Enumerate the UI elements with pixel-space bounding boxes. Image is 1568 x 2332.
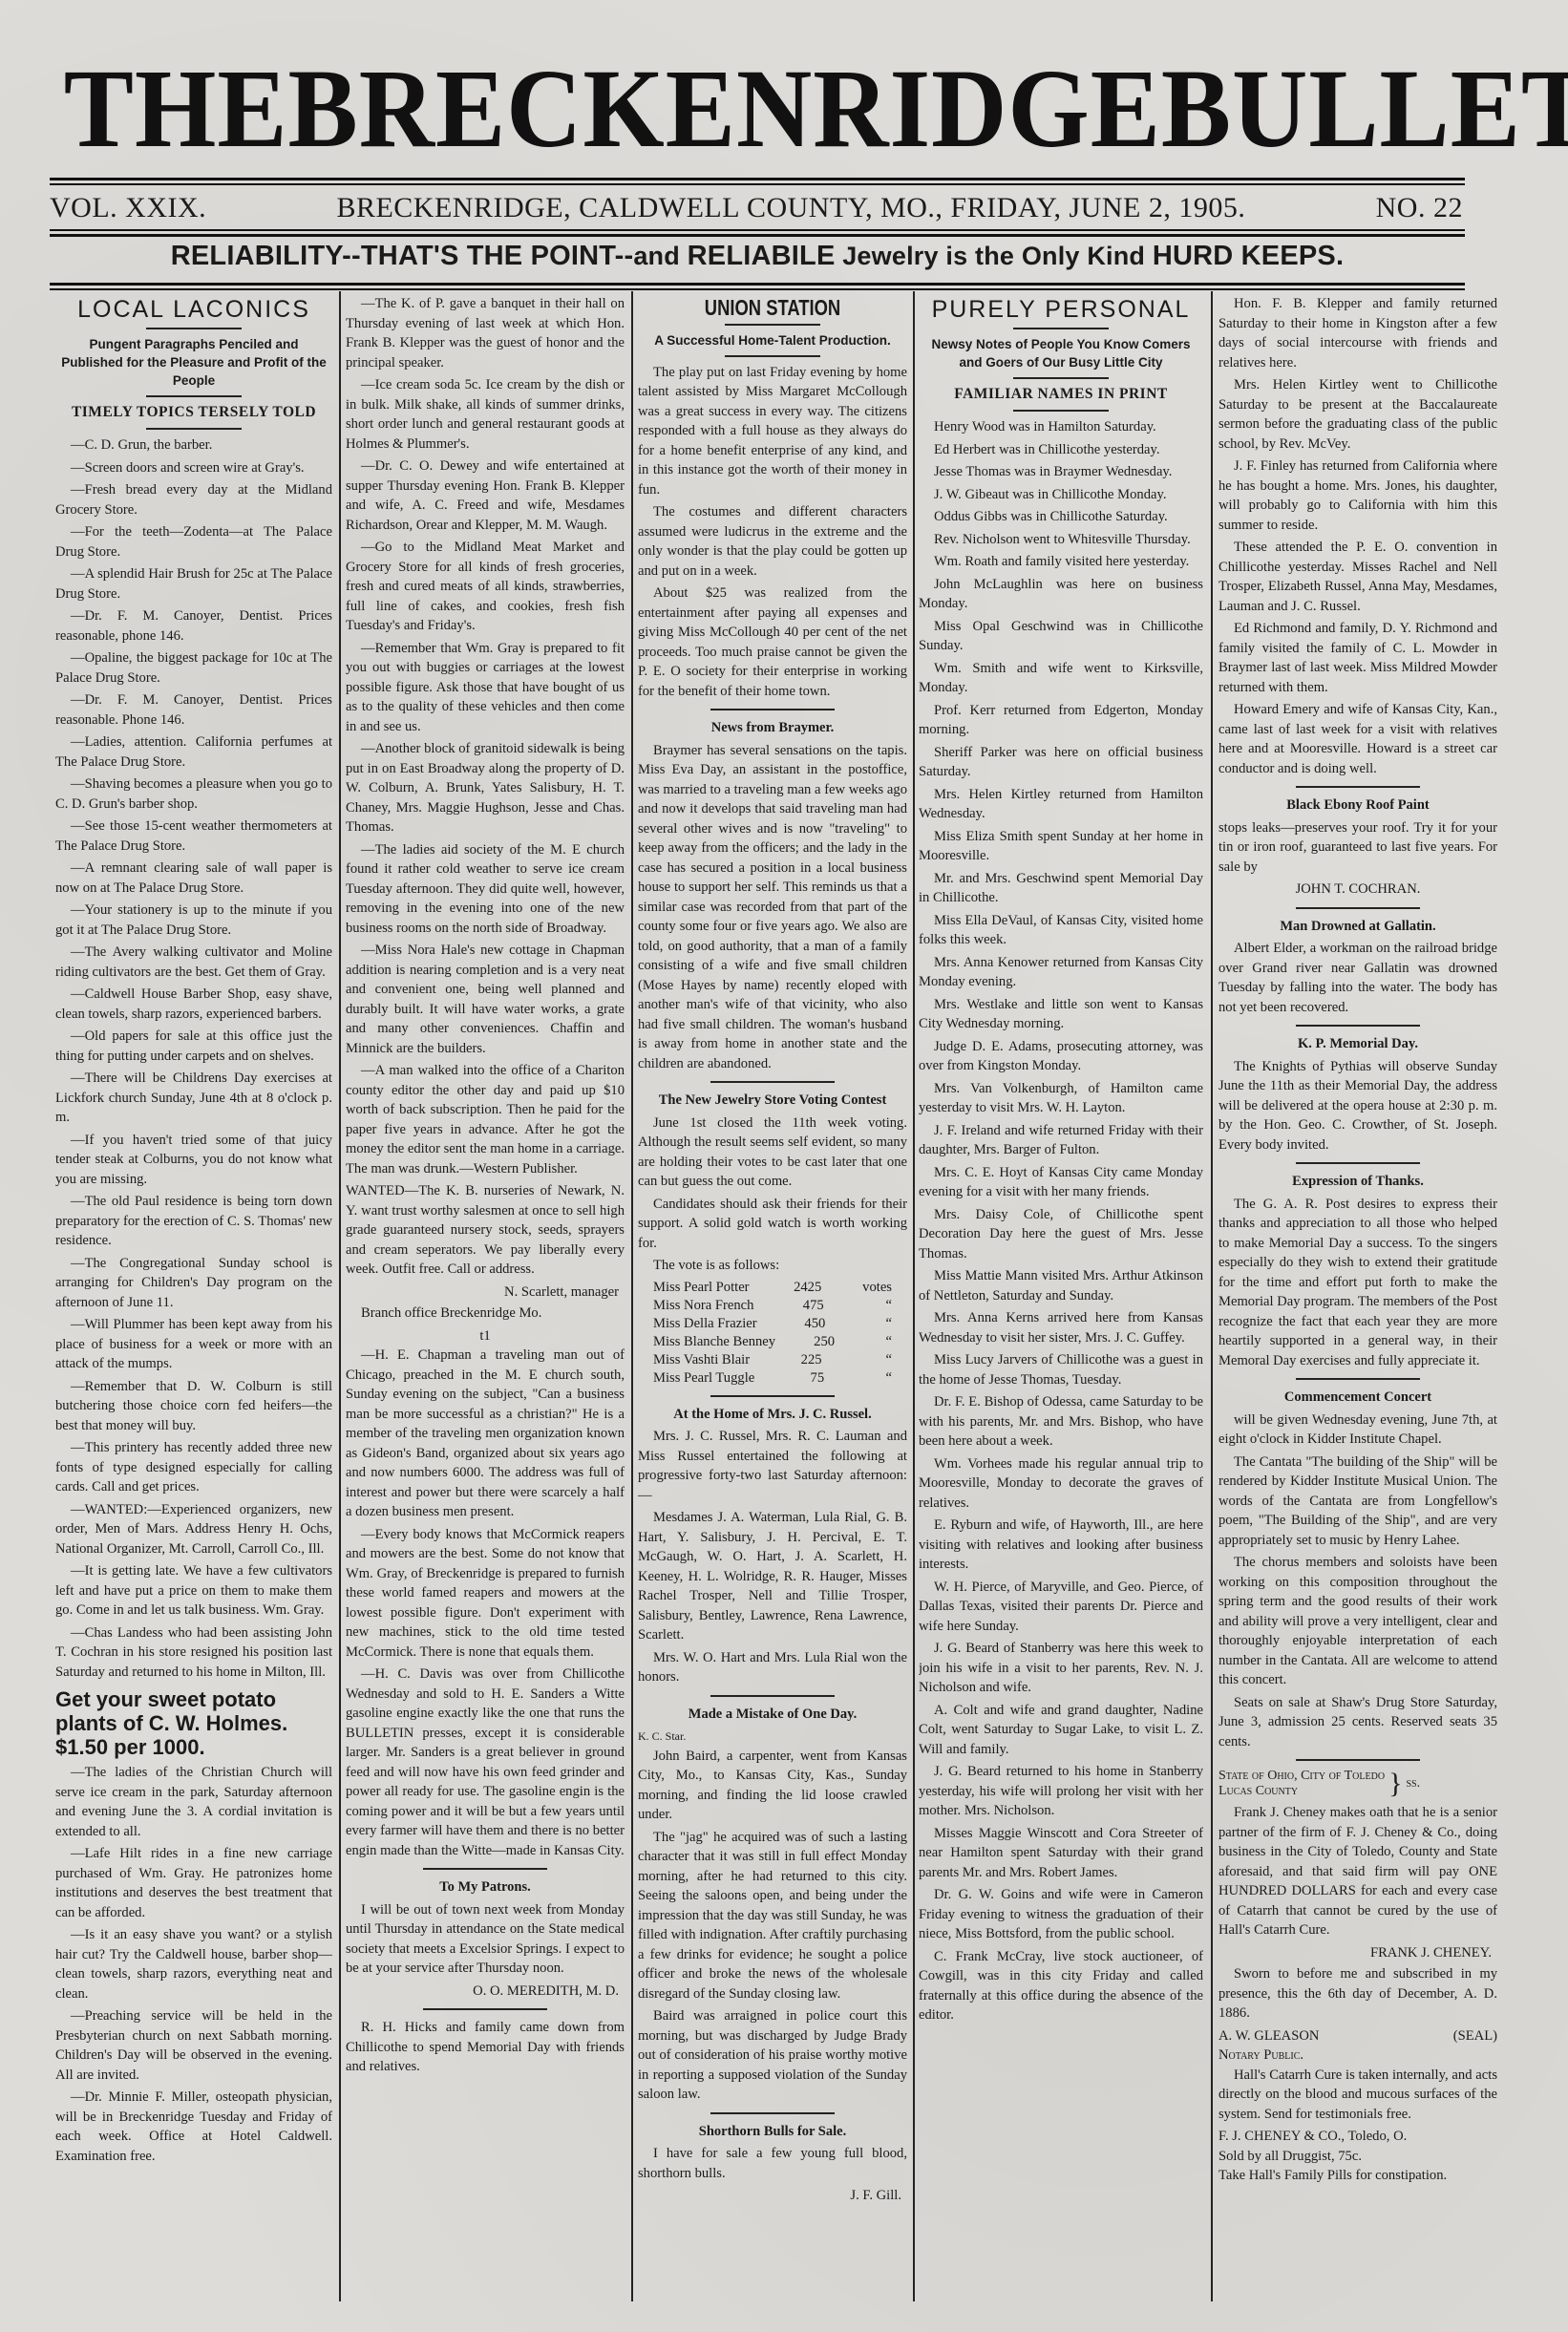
news-item: —Remember that Wm. Gray is prepared to f… xyxy=(346,639,625,737)
subsection-heading: FAMILIAR NAMES IN PRINT xyxy=(919,385,1203,405)
news-item: —Preaching service will be held in the P… xyxy=(55,2006,332,2085)
article-title: K. P. Memorial Day. xyxy=(1218,1034,1497,1054)
personal-item: J. G. Beard of Stanberry was here this w… xyxy=(919,1639,1203,1698)
news-item: —Chas Landess who had been assisting Joh… xyxy=(55,1623,332,1683)
personal-item: Mr. and Mrs. Geschwind spent Memorial Da… xyxy=(919,869,1203,908)
column-divider xyxy=(1211,291,1213,2301)
vote-row: Miss Della Frazier450“ xyxy=(653,1315,892,1333)
personal-item: Henry Wood was in Hamilton Saturday. xyxy=(919,417,1203,437)
news-item: —This printery has recently added three … xyxy=(55,1438,332,1497)
personal-item: Mrs. C. E. Hoyt of Kansas City came Mond… xyxy=(919,1163,1203,1202)
separator xyxy=(1296,786,1420,788)
vote-unit: “ xyxy=(846,1369,892,1388)
candidate-name: Miss Pearl Tuggle xyxy=(653,1369,754,1388)
vote-count: 2425 xyxy=(773,1279,821,1297)
news-item: R. H. Hicks and family came down from Ch… xyxy=(346,2018,625,2077)
personal-item: Miss Ella DeVaul, of Kansas City, visite… xyxy=(919,911,1203,950)
separator xyxy=(710,709,835,710)
separator xyxy=(1296,1025,1420,1027)
personal-item: Dr. G. W. Goins and wife were in Cameron… xyxy=(919,1885,1203,1944)
masthead-word: BULLETIN xyxy=(1161,53,1568,165)
notary-line: A. W. GLEASON (SEAL) xyxy=(1218,2026,1497,2046)
personal-item: Misses Maggie Winscott and Cora Streeter… xyxy=(919,1824,1203,1883)
news-items: Henry Wood was in Hamilton Saturday.Ed H… xyxy=(919,417,1203,2025)
news-item: —The K. of P. gave a banquet in their ha… xyxy=(346,294,625,372)
personal-item: John McLaughlin was here on business Mon… xyxy=(919,575,1203,614)
news-item: —Opaline, the biggest package for 10c at… xyxy=(55,648,332,688)
article-paragraph: The Cantata "The building of the Ship" w… xyxy=(1218,1452,1497,1551)
personal-item: Judge D. E. Adams, prosecuting attorney,… xyxy=(919,1037,1203,1076)
affidavit-signature: FRANK J. CHENEY. xyxy=(1224,1943,1492,1963)
article-body: Albert Elder, a workman on the railroad … xyxy=(1218,939,1497,1017)
section-subhead: Newsy Notes of People You Know Comers an… xyxy=(922,335,1199,371)
separator xyxy=(423,2008,547,2010)
candidate-name: Miss Pearl Potter xyxy=(653,1279,750,1297)
article-body: June 1st closed the 11th week voting. Al… xyxy=(638,1113,907,1276)
ad-mark: t1 xyxy=(346,1326,625,1346)
ad-price: Sold by all Druggist, 75c. xyxy=(1218,2147,1497,2167)
article-paragraph: Candidates should ask their friends for … xyxy=(638,1195,907,1254)
personal-item: Miss Eliza Smith spent Sunday at her hom… xyxy=(919,827,1203,866)
article-body: I will be out of town next week from Mon… xyxy=(346,1900,625,1979)
personal-item: J. F. Ireland and wife returned Friday w… xyxy=(919,1121,1203,1160)
article-title: To My Patrons. xyxy=(346,1877,625,1897)
section-heading: LOCAL LACONICS xyxy=(55,300,332,320)
article-signature: O. O. MEREDITH, M. D. xyxy=(351,1982,619,2002)
news-item: —The old Paul residence is being torn do… xyxy=(55,1192,332,1251)
date-place: BRECKENRIDGE, CALDWELL COUNTY, MO., FRID… xyxy=(336,192,1245,224)
separator xyxy=(710,2112,835,2114)
vote-table: Miss Pearl Potter2425votesMiss Nora Fren… xyxy=(653,1279,907,1388)
news-item: —Dr. F. M. Canoyer, Dentist. Prices reas… xyxy=(55,690,332,730)
ad-company: F. J. CHENEY & CO., Toledo, O. xyxy=(1218,2127,1497,2147)
wanted-signature: N. Scarlett, manager xyxy=(351,1283,619,1303)
vote-unit: “ xyxy=(846,1315,892,1333)
separator xyxy=(423,1868,547,1870)
personal-item: Ed Richmond and family, D. Y. Richmond a… xyxy=(1218,619,1497,697)
personal-item: Prof. Kerr returned from Edgerton, Monda… xyxy=(919,701,1203,740)
news-item: —WANTED:—Experienced organizers, new ord… xyxy=(55,1500,332,1559)
separator xyxy=(725,355,820,357)
vote-row: Miss Nora French475“ xyxy=(653,1297,892,1315)
article-paragraph: John Baird, a carpenter, went from Kansa… xyxy=(638,1747,907,1825)
article-body: The Knights of Pythias will observe Sund… xyxy=(1218,1057,1497,1155)
news-item: —Dr. C. O. Dewey and wife entertained at… xyxy=(346,456,625,535)
rule xyxy=(50,183,1465,185)
article-title: Commencement Concert xyxy=(1218,1388,1497,1408)
news-item: —A splendid Hair Brush for 25c at The Pa… xyxy=(55,564,332,604)
personal-item: Wm. Smith and wife went to Kirksville, M… xyxy=(919,659,1203,698)
news-item: —Caldwell House Barber Shop, easy shave,… xyxy=(55,985,332,1024)
masthead-title: THE BRECKENRIDGE BULLETIN xyxy=(64,59,1449,162)
news-items: Hon. F. B. Klepper and family returned S… xyxy=(1218,294,1497,778)
column-local-laconics: LOCAL LACONICS Pungent Paragraphs Pencil… xyxy=(55,294,332,2309)
brace-icon: } xyxy=(1388,1776,1402,1791)
news-item: —The ladies of the Christian Church will… xyxy=(55,1763,332,1841)
section-heading: PURELY PERSONAL xyxy=(919,300,1203,320)
article-source: K. C. Star. xyxy=(638,1727,907,1747)
vote-count: 225 xyxy=(774,1351,822,1369)
column-divider xyxy=(913,291,915,2301)
ad-pills: Take Hall's Family Pills for constipatio… xyxy=(1218,2166,1497,2186)
news-items: —The ladies of the Christian Church will… xyxy=(55,1763,332,2166)
separator xyxy=(1013,377,1109,379)
vote-row: Miss Blanche Benney250“ xyxy=(653,1333,892,1351)
subsection-heading: TIMELY TOPICS TERSELY TOLD xyxy=(55,403,332,423)
news-item: —Every body knows that McCormick reapers… xyxy=(346,1525,625,1663)
news-items: —The K. of P. gave a banquet in their ha… xyxy=(346,294,625,1178)
candidate-name: Miss Della Frazier xyxy=(653,1315,757,1333)
separator xyxy=(146,395,242,397)
personal-item: A. Colt and wife and grand daughter, Nad… xyxy=(919,1701,1203,1760)
affidavit-location: State of Ohio, City of Toledo xyxy=(1218,1769,1385,1784)
article-paragraph: Mrs. W. O. Hart and Mrs. Lula Rial won t… xyxy=(638,1648,907,1687)
jewelry-banner-ad: RELIABILITY--THAT'S THE POINT--and RELIA… xyxy=(50,241,1465,277)
article-body: will be given Wednesday evening, June 7t… xyxy=(1218,1410,1497,1752)
news-item: —Screen doors and screen wire at Gray's. xyxy=(55,458,332,478)
article-paragraph: will be given Wednesday evening, June 7t… xyxy=(1218,1410,1497,1450)
article-paragraph: The play put on last Friday evening by h… xyxy=(638,363,907,500)
article-title: The New Jewelry Store Voting Contest xyxy=(638,1091,907,1111)
ad-seller: JOHN T. COCHRAN. xyxy=(1218,880,1497,900)
banner-text: Jewelry is the Only Kind xyxy=(836,242,1153,270)
notary-name: A. W. GLEASON xyxy=(1218,2026,1319,2046)
article-title: Expression of Thanks. xyxy=(1218,1172,1497,1192)
candidate-name: Miss Nora French xyxy=(653,1297,753,1315)
article-body: John Baird, a carpenter, went from Kansa… xyxy=(638,1747,907,2105)
sworn-statement: Sworn to before me and subscribed in my … xyxy=(1218,1964,1497,2024)
news-item: —Dr. Minnie F. Miller, osteopath physici… xyxy=(55,2088,332,2166)
personal-item: These attended the P. E. O. convention i… xyxy=(1218,538,1497,616)
rule xyxy=(50,234,1465,237)
news-item: —Your stationery is up to the minute if … xyxy=(55,901,332,940)
personal-item: Jesse Thomas was in Braymer Wednesday. xyxy=(919,462,1203,482)
news-item: —If you haven't tried some of that juicy… xyxy=(55,1131,332,1190)
ad-body: Hall's Catarrh Cure is taken internally,… xyxy=(1218,2066,1497,2125)
ad-title: Black Ebony Roof Paint xyxy=(1218,795,1497,816)
section-heading: UNION STATION xyxy=(665,298,880,318)
article-body: I have for sale a few young full blood, … xyxy=(638,2144,907,2183)
article-title: Made a Mistake of One Day. xyxy=(638,1705,907,1725)
news-item: —For the teeth—Zodenta—at The Palace Dru… xyxy=(55,522,332,562)
personal-item: Mrs. Anna Kenower returned from Kansas C… xyxy=(919,953,1203,992)
personal-item: Miss Mattie Mann visited Mrs. Arthur Atk… xyxy=(919,1266,1203,1305)
rule xyxy=(50,288,1465,290)
separator xyxy=(725,324,820,326)
news-item: —Remember that D. W. Colburn is still bu… xyxy=(55,1377,332,1436)
vote-unit: “ xyxy=(846,1351,892,1369)
news-item: —See those 15-cent weather thermometers … xyxy=(55,816,332,856)
personal-item: Dr. F. E. Bishop of Odessa, came Saturda… xyxy=(919,1392,1203,1452)
article-paragraph: Mesdames J. A. Waterman, Lula Rial, G. B… xyxy=(638,1508,907,1645)
vote-count: 475 xyxy=(776,1297,824,1315)
section-subhead: Pungent Paragraphs Penciled and Publishe… xyxy=(59,335,328,390)
separator xyxy=(1013,328,1109,329)
newspaper-page: THE BRECKENRIDGE BULLETIN VOL. XXIX. BRE… xyxy=(0,0,1568,2332)
candidate-name: Miss Blanche Benney xyxy=(653,1333,775,1351)
separator xyxy=(1296,1162,1420,1164)
news-item: —Dr. F. M. Canoyer, Dentist. Prices reas… xyxy=(55,606,332,646)
article-body: The play put on last Friday evening by h… xyxy=(638,363,907,702)
wanted-branch: Branch office Breckenridge Mo. xyxy=(346,1304,625,1324)
article-title: At the Home of Mrs. J. C. Russel. xyxy=(638,1405,907,1425)
masthead-word: BRECKENRIDGE xyxy=(288,53,1161,165)
personal-item: J. W. Gibeaut was in Chillicothe Monday. xyxy=(919,485,1203,505)
personal-item: Mrs. Anna Kerns arrived here from Kansas… xyxy=(919,1308,1203,1347)
banner-text: RELIABILE xyxy=(688,241,836,271)
vote-unit: “ xyxy=(846,1333,892,1351)
personal-item: C. Frank McCray, live stock auctioneer, … xyxy=(919,1947,1203,2025)
article-title: News from Braymer. xyxy=(638,718,907,738)
personal-item: W. H. Pierce, of Maryville, and Geo. Pie… xyxy=(919,1578,1203,1637)
vote-count: 75 xyxy=(776,1369,824,1388)
affidavit-ss: ss. xyxy=(1406,1776,1420,1791)
column-union-station: UNION STATION A Successful Home-Talent P… xyxy=(638,294,907,2309)
volume: VOL. XXIX. xyxy=(50,192,206,224)
vote-unit: votes xyxy=(846,1279,892,1297)
news-item: —Shaving becomes a pleasure when you go … xyxy=(55,774,332,814)
article-paragraph: Seats on sale at Shaw's Drug Store Satur… xyxy=(1218,1693,1497,1752)
banner-text: RELIABILITY--THAT'S THE POINT-- xyxy=(171,241,634,271)
news-items: —C. D. Grun, the barber.—Screen doors an… xyxy=(55,435,332,1682)
news-item: —Another block of granitoid sidewalk is … xyxy=(346,739,625,837)
article-body: The G. A. R. Post desires to express the… xyxy=(1218,1195,1497,1371)
news-item: —The ladies aid society of the M. E chur… xyxy=(346,840,625,939)
masthead-word: THE xyxy=(64,53,288,165)
article-title: Man Drowned at Gallatin. xyxy=(1218,917,1497,937)
article-signature: J. F. Gill. xyxy=(644,2186,901,2206)
news-item: —A remnant clearing sale of wall paper i… xyxy=(55,859,332,898)
news-item: —Is it an easy shave you want? or a styl… xyxy=(55,1925,332,2003)
news-item: —Ladies, attention. California perfumes … xyxy=(55,732,332,772)
article-body: Braymer has several sensations on the ta… xyxy=(638,741,907,1074)
column-purely-personal: PURELY PERSONAL Newsy Notes of People Yo… xyxy=(919,294,1203,2309)
ad-body: stops leaks—preserves your roof. Try it … xyxy=(1218,818,1497,878)
banner-text: and xyxy=(633,242,687,270)
sweet-potato-ad: Get your sweet potato plants of C. W. Ho… xyxy=(55,1687,332,1759)
wanted-ad: WANTED—The K. B. nurseries of Newark, N.… xyxy=(346,1181,625,1280)
personal-item: Miss Opal Geschwind was in Chillicothe S… xyxy=(919,617,1203,656)
personal-item: Oddus Gibbs was in Chillicothe Saturday. xyxy=(919,507,1203,527)
separator xyxy=(710,1695,835,1697)
column-divider xyxy=(631,291,633,2301)
banner-text: HURD KEEPS. xyxy=(1153,241,1344,271)
personal-item: Miss Lucy Jarvers of Chillicothe was a g… xyxy=(919,1350,1203,1389)
news-items: —H. E. Chapman a traveling man out of Ch… xyxy=(346,1346,625,1860)
news-item: —It is getting late. We have a few culti… xyxy=(55,1561,332,1621)
rule xyxy=(50,229,1465,231)
personal-item: J. G. Beard returned to his home in Stan… xyxy=(919,1762,1203,1821)
news-item: —The Congregational Sunday school is arr… xyxy=(55,1254,332,1313)
separator xyxy=(146,328,242,329)
news-item: —The Avery walking cultivator and Moline… xyxy=(55,943,332,982)
notary-title: Notary Public. xyxy=(1218,2046,1497,2066)
separator xyxy=(1296,1759,1420,1761)
separator xyxy=(710,1395,835,1397)
personal-item: Mrs. Helen Kirtley returned from Hamilto… xyxy=(919,785,1203,824)
rule xyxy=(50,283,1465,286)
personal-item: Wm. Vorhees made his regular annual trip… xyxy=(919,1454,1203,1514)
separator xyxy=(1013,410,1109,412)
separator xyxy=(146,428,242,430)
personal-item: Mrs. Van Volkenburgh, of Hamilton came y… xyxy=(919,1079,1203,1118)
vote-unit: “ xyxy=(846,1297,892,1315)
news-item: —Old papers for sale at this office just… xyxy=(55,1027,332,1066)
separator xyxy=(1296,1378,1420,1380)
column-divider xyxy=(339,291,341,2301)
news-item: —Will Plummer has been kept away from hi… xyxy=(55,1315,332,1374)
separator xyxy=(710,1081,835,1083)
article-paragraph: The costumes and different characters as… xyxy=(638,502,907,581)
separator xyxy=(1296,907,1420,909)
affidavit-body: Frank J. Cheney makes oath that he is a … xyxy=(1218,1803,1497,1940)
personal-item: E. Ryburn and wife, of Hayworth, Ill., a… xyxy=(919,1516,1203,1575)
rule xyxy=(50,178,1465,180)
personal-item: Mrs. Helen Kirtley went to Chillicothe S… xyxy=(1218,375,1497,454)
article-paragraph: The chorus members and soloists have bee… xyxy=(1218,1553,1497,1690)
news-item: —Ice cream soda 5c. Ice cream by the dis… xyxy=(346,375,625,454)
article-title: Shorthorn Bulls for Sale. xyxy=(638,2122,907,2142)
article-paragraph: June 1st closed the 11th week voting. Al… xyxy=(638,1113,907,1192)
vote-row: Miss Pearl Potter2425votes xyxy=(653,1279,892,1297)
news-item: —H. C. Davis was over from Chillicothe W… xyxy=(346,1664,625,1860)
vote-count: 250 xyxy=(787,1333,835,1351)
article-paragraph: Mrs. J. C. Russel, Mrs. R. C. Lauman and… xyxy=(638,1427,907,1505)
article-paragraph: Baird was arraigned in police court this… xyxy=(638,2006,907,2105)
personal-item: Hon. F. B. Klepper and family returned S… xyxy=(1218,294,1497,372)
affidavit-heading: State of Ohio, City of Toledo Lucas Coun… xyxy=(1218,1769,1497,1799)
personal-item: Wm. Roath and family visited here yester… xyxy=(919,552,1203,572)
affidavit-county: Lucas County xyxy=(1218,1784,1385,1799)
section-subhead: A Successful Home-Talent Production. xyxy=(642,331,903,350)
article-body: Mrs. J. C. Russel, Mrs. R. C. Lauman and… xyxy=(638,1427,907,1687)
article-paragraph: The vote is as follows: xyxy=(638,1256,907,1276)
personal-item: Mrs. Daisy Cole, of Chillicothe spent De… xyxy=(919,1205,1203,1264)
personal-item: Ed Herbert was in Chillicothe yesterday. xyxy=(919,440,1203,460)
news-item: —Fresh bread every day at the Midland Gr… xyxy=(55,480,332,519)
personal-item: J. F. Finley has returned from Californi… xyxy=(1218,456,1497,535)
column-local-continued: —The K. of P. gave a banquet in their ha… xyxy=(346,294,625,2309)
personal-item: Mrs. Westlake and little son went to Kan… xyxy=(919,995,1203,1034)
article-paragraph: About $25 was realized from the entertai… xyxy=(638,583,907,701)
news-item: —Miss Nora Hale's new cottage in Chapman… xyxy=(346,941,625,1058)
dateline: VOL. XXIX. BRECKENRIDGE, CALDWELL COUNTY… xyxy=(50,191,1463,225)
vote-row: Miss Vashti Blair225“ xyxy=(653,1351,892,1369)
column-personal-continued: Hon. F. B. Klepper and family returned S… xyxy=(1218,294,1497,2309)
news-item: —Go to the Midland Meat Market and Groce… xyxy=(346,538,625,636)
news-item: —C. D. Grun, the barber. xyxy=(55,435,332,456)
vote-count: 450 xyxy=(777,1315,825,1333)
vote-row: Miss Pearl Tuggle75“ xyxy=(653,1369,892,1388)
personal-item: Sheriff Parker was here on official busi… xyxy=(919,743,1203,782)
issue-number: NO. 22 xyxy=(1376,192,1463,224)
news-item: —A man walked into the office of a Chari… xyxy=(346,1061,625,1178)
news-item: —H. E. Chapman a traveling man out of Ch… xyxy=(346,1346,625,1522)
news-item: —There will be Childrens Day exercises a… xyxy=(55,1069,332,1128)
personal-item: Howard Emery and wife of Kansas City, Ka… xyxy=(1218,700,1497,778)
notary-seal: (SEAL) xyxy=(1453,2026,1497,2046)
personal-item: Rev. Nicholson went to Whitesville Thurs… xyxy=(919,530,1203,550)
news-item: —Lafe Hilt rides in a fine new carriage … xyxy=(55,1844,332,1922)
candidate-name: Miss Vashti Blair xyxy=(653,1351,750,1369)
article-paragraph: The "jag" he acquired was of such a last… xyxy=(638,1828,907,2004)
